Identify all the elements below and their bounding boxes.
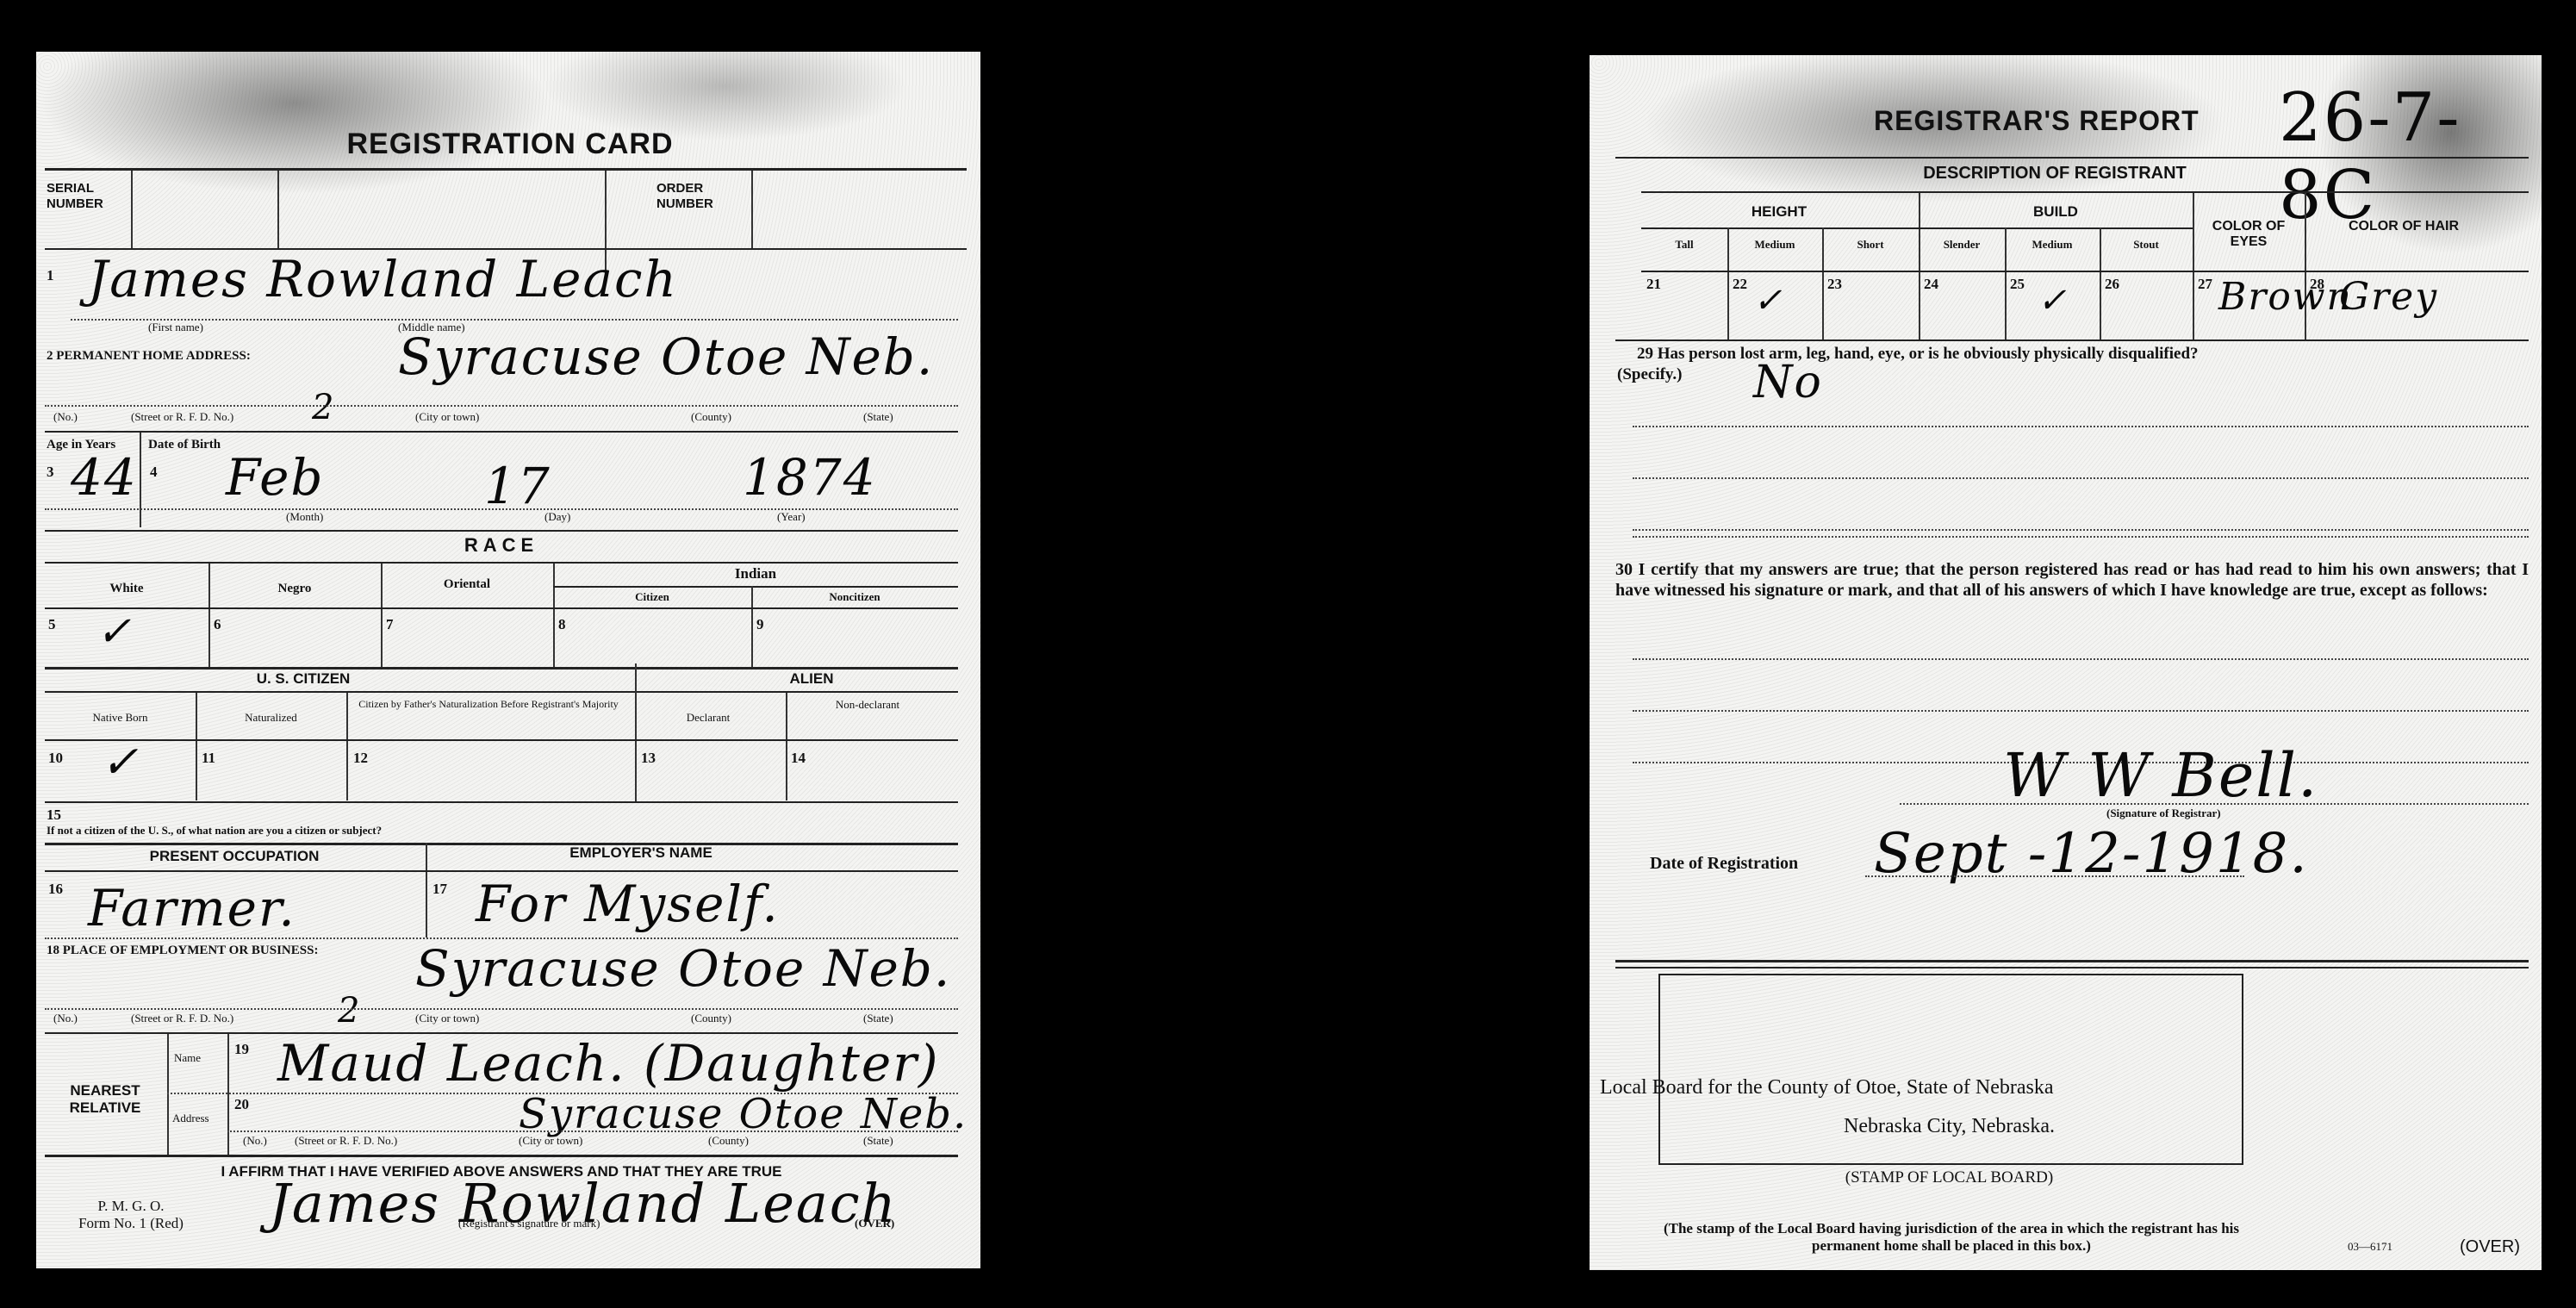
q29-text: 29 Has person lost arm, leg, hand, eye, … xyxy=(1637,345,2199,364)
dob-label: Date of Birth xyxy=(148,438,221,452)
nearest-relative-label: NEAREST RELATIVE xyxy=(45,1082,165,1117)
hair-color-value: Grey xyxy=(2339,275,2438,319)
height-medium-mark: ✓ xyxy=(1753,281,1784,321)
report-title: REGISTRAR'S REPORT xyxy=(1874,105,2200,137)
card-title: REGISTRATION CARD xyxy=(295,128,725,161)
native-born-checkmark: ✓ xyxy=(101,737,140,788)
employer-value: For Myself. xyxy=(476,875,780,933)
eye-color-value: Brown xyxy=(2218,275,2353,319)
order-number-label: ORDER NUMBER xyxy=(656,181,751,212)
registrar-signature: W W Bell. xyxy=(2003,740,2318,811)
dob-year: 1874 xyxy=(743,448,877,507)
dob-day: 17 xyxy=(484,457,551,515)
occupation-value: Farmer. xyxy=(88,879,296,937)
nationality-label: If not a citizen of the U. S., of what n… xyxy=(47,824,382,838)
white-checkmark: ✓ xyxy=(96,607,133,656)
home-address-value: Syracuse Otoe Neb. xyxy=(398,327,934,386)
q30-certification: 30 I certify that my answers are true; t… xyxy=(1615,559,2529,601)
q29-answer: No xyxy=(1753,357,1823,408)
age-value: 44 xyxy=(71,448,138,507)
employment-place-label: 18 PLACE OF EMPLOYMENT OR BUSINESS: xyxy=(47,944,318,958)
local-board-city: Nebraska City, Nebraska. xyxy=(1658,1115,2240,1138)
occupation-heading: PRESENT OCCUPATION xyxy=(45,848,424,865)
registrars-report-back: REGISTRAR'S REPORT 26-7-8C DESCRIPTION O… xyxy=(1590,55,2542,1270)
registration-card-front: REGISTRATION CARD SERIAL NUMBER ORDER NU… xyxy=(36,52,980,1268)
home-address-label: 2 PERMANENT HOME ADDRESS: xyxy=(47,349,251,364)
description-heading: DESCRIPTION OF REGISTRANT xyxy=(1874,164,2236,184)
registrant-name: James Rowland Leach xyxy=(88,250,949,308)
build-medium-mark: ✓ xyxy=(2038,281,2069,321)
date-registration-label: Date of Registration xyxy=(1650,854,1798,874)
race-heading: RACE xyxy=(415,534,588,557)
employer-heading: EMPLOYER'S NAME xyxy=(426,844,856,862)
stamp-instructions: (The stamp of the Local Board having jur… xyxy=(1650,1220,2253,1255)
nearest-relative-name: Maud Leach. (Daughter) xyxy=(277,1034,940,1093)
serial-number-label: SERIAL NUMBER xyxy=(47,181,133,212)
local-board-name: Local Board for the County of Otoe, Stat… xyxy=(1600,1076,2054,1099)
employment-place-value: Syracuse Otoe Neb. xyxy=(415,939,951,998)
alien-heading: ALIEN xyxy=(682,670,941,688)
form-number: Form No. 1 (Red) xyxy=(45,1215,217,1232)
dob-month: Feb xyxy=(226,448,325,507)
us-citizen-heading: U. S. CITIZEN xyxy=(122,670,484,688)
